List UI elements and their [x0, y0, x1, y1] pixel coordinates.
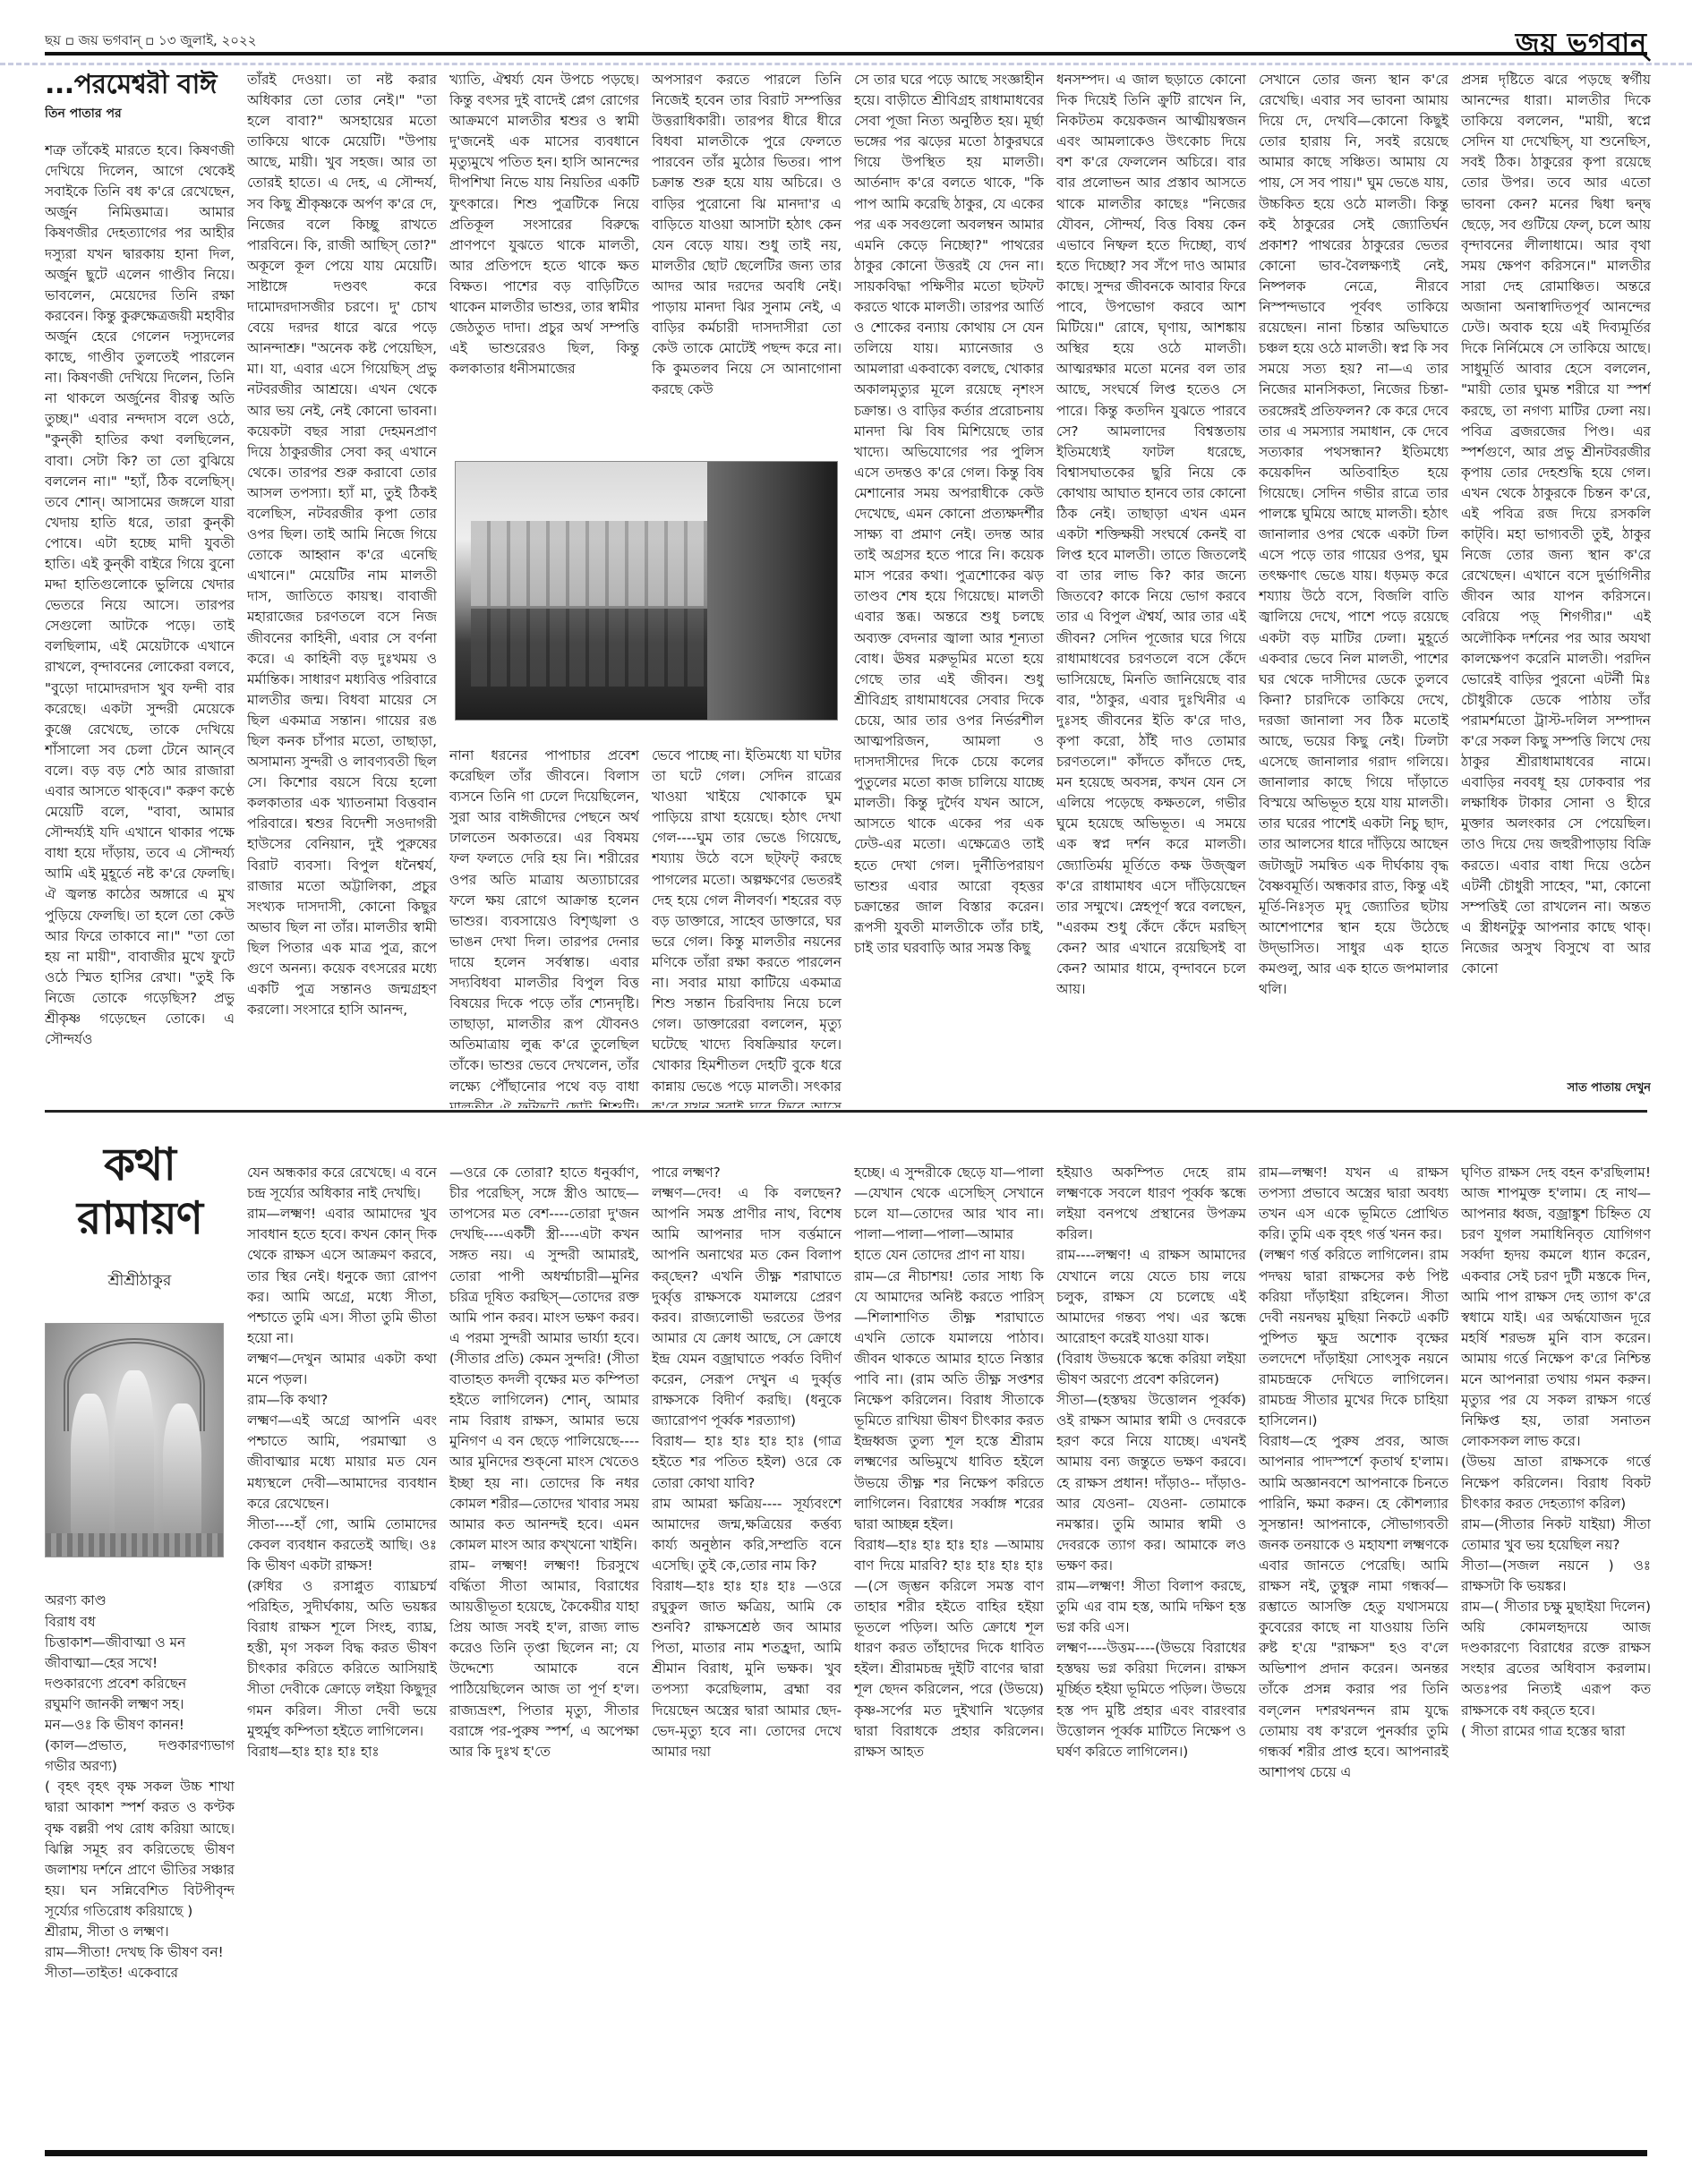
column-text: যেন অন্ধকার করে রেখেছে। এ বনে চন্দ্র সূর… [247, 1163, 437, 1762]
story-column-4b: ভেবে পাচ্ছে না। ইতিমধ্যে যা ঘটার তা ঘটে … [652, 746, 842, 1108]
carved-wall [707, 462, 837, 720]
column-text: নানা ধরনের পাপাচার প্রবেশ করেছিল তাঁর জী… [449, 746, 639, 1108]
story-column-1: ...পরমেশ্বরী বাঈ তিন পাতার পর শত্রু তাঁক… [45, 70, 235, 1108]
ramayan-column-3: —ওরে কে তোরা? হাতে ধনুর্ব্বাণ, চীর পরেছি… [449, 1142, 639, 2148]
masthead: ছয় ▫ জয় ভগবান্ ▫ ১৩ জুলাই, ২০২২ জয় ভগ… [45, 0, 1647, 55]
story-column-6: ধনসম্পদ। এ জাল ছড়াতে কোনো দিক দিয়েই তি… [1056, 70, 1246, 1108]
masthead-rule [45, 52, 1647, 55]
decorative-floor [46, 1533, 223, 1557]
page-dateline: ছয় ▫ জয় ভগবান্ ▫ ১৩ জুলাই, ২০২২ [45, 30, 257, 53]
column-text: তাঁরই দেওয়া। তা নষ্ট করার অধিকার তো তোর… [247, 70, 437, 1020]
column-text: হইয়াও অকম্পিত দেহে রাম লক্ষ্মণকে সবলে ধ… [1056, 1163, 1246, 1762]
column-text: হচ্ছে। এ সুন্দরীকে ছেড়ে যা—পালা—যেখান থ… [854, 1163, 1044, 1762]
story-column-3b: নানা ধরনের পাপাচার প্রবেশ করেছিল তাঁর জী… [449, 746, 639, 1108]
column-text: ঘৃণিত রাক্ষস দেহ বহন ক'রছিলাম! আজ শাপমুক… [1461, 1163, 1651, 2120]
newspaper-brand-title: জয় ভগবান্ [1516, 21, 1647, 67]
story-column-8: প্রসন্ন দৃষ্টিতে ঝরে পড়ছে স্বর্গীয় আনন… [1461, 70, 1651, 1108]
story-title: ...পরমেশ্বরী বাঈ [45, 70, 235, 100]
column-text: প্রসন্ন দৃষ্টিতে ঝরে পড়ছে স্বর্গীয় আনন… [1461, 70, 1651, 1072]
ramayan-title: কথা রামায়ণ [45, 1138, 235, 1245]
section-divider [45, 1110, 1647, 1113]
dashed-separator [0, 63, 1692, 65]
column-text: রাম—লক্ষ্মণ! যখন এ রাক্ষস তপস্যা প্রভাবে… [1259, 1163, 1448, 1783]
ramayan-column-2: যেন অন্ধকার করে রেখেছে। এ বনে চন্দ্র সূর… [247, 1142, 437, 2148]
column-text: ভেবে পাচ্ছে না। ইতিমধ্যে যা ঘটার তা ঘটে … [652, 746, 842, 1108]
water-reflection [471, 609, 707, 686]
temple-ghat-photo [455, 461, 838, 721]
column-text: পারে লক্ষ্মণ? লক্ষ্মণ—দেব! এ কি বলছেন? আ… [652, 1163, 842, 1762]
ramayan-column-1: কথা রামায়ণ শ্রীশ্রীঠাকুর অরণ্য কাণ্ড বি… [45, 1117, 235, 2148]
story-column-4: অপসারণ করতে পারলে তিনি নিজেই হবেন তার বি… [652, 70, 842, 437]
column-text: খ্যাতি, ঐশ্বর্য্য যেন উপচে পড়ছে। কিন্তু… [449, 70, 639, 380]
column-text: শত্রু তাঁকেই মারতে হবে। কিষণজী দেখিয়ে দ… [45, 141, 235, 1050]
column-text: সেখানে তোর জন্য স্থান ক'রে রেখেছি। এবার … [1259, 70, 1448, 1000]
column-text: অরণ্য কাণ্ড বিরাধ বধ চিত্তাকাশ—জীবাত্মা … [45, 1591, 235, 1984]
ram-sita-lakshman-image [45, 1323, 224, 1557]
column-text: —ওরে কে তোরা? হাতে ধনুর্ব্বাণ, চীর পরেছি… [449, 1163, 639, 1762]
story-parameshwari-bai: ...পরমেশ্বরী বাঈ তিন পাতার পর শত্রু তাঁক… [45, 70, 1647, 1108]
ramayan-column-4: পারে লক্ষ্মণ? লক্ষ্মণ—দেব! এ কি বলছেন? আ… [652, 1142, 842, 2148]
ramayan-column-5: হচ্ছে। এ সুন্দরীকে ছেড়ে যা—পালা—যেখান থ… [854, 1142, 1044, 2148]
ramayan-column-7: রাম—লক্ষ্মণ! যখন এ রাক্ষস তপস্যা প্রভাবে… [1259, 1142, 1448, 2148]
column-text: অপসারণ করতে পারলে তিনি নিজেই হবেন তার বি… [652, 70, 842, 401]
ramayan-author: শ্রীশ্রীঠাকুর [45, 1271, 235, 1292]
story-column-5: সে তার ঘরে পড়ে আছে সংজ্ঞাহীন হয়ে। বাড়… [854, 70, 1044, 1108]
ram-figure [115, 1370, 154, 1538]
story-continued-from: তিন পাতার পর [45, 104, 235, 124]
continued-on-page-link[interactable]: সাত পাতায় দেখুন [1461, 1078, 1651, 1098]
story-column-2: তাঁরই দেওয়া। তা নষ্ট করার অধিকার তো তোর… [247, 70, 437, 1108]
story-column-7: সেখানে তোর জন্য স্থান ক'রে রেখেছি। এবার … [1259, 70, 1448, 1108]
continued-on-page-link[interactable]: আট পাতায় দেখুন [1461, 2146, 1651, 2148]
story-column-3: খ্যাতি, ঐশ্বর্য্য যেন উপচে পড়ছে। কিন্তু… [449, 70, 639, 437]
temple-domes [471, 521, 707, 606]
page-bottom-rule [45, 2150, 1647, 2156]
ramayan-column-8: ঘৃণিত রাক্ষস দেহ বহন ক'রছিলাম! আজ শাপমুক… [1461, 1142, 1651, 2148]
sita-figure [163, 1403, 202, 1539]
column-text: সে তার ঘরে পড়ে আছে সংজ্ঞাহীন হয়ে। বাড়… [854, 70, 1044, 959]
lakshman-figure [71, 1394, 110, 1538]
story-katha-ramayan: কথা রামায়ণ শ্রীশ্রীঠাকুর অরণ্য কাণ্ড বি… [45, 1117, 1647, 2148]
ramayan-column-6: হইয়াও অকম্পিত দেহে রাম লক্ষ্মণকে সবলে ধ… [1056, 1142, 1246, 2148]
column-text: ধনসম্পদ। এ জাল ছড়াতে কোনো দিক দিয়েই তি… [1056, 70, 1246, 1000]
